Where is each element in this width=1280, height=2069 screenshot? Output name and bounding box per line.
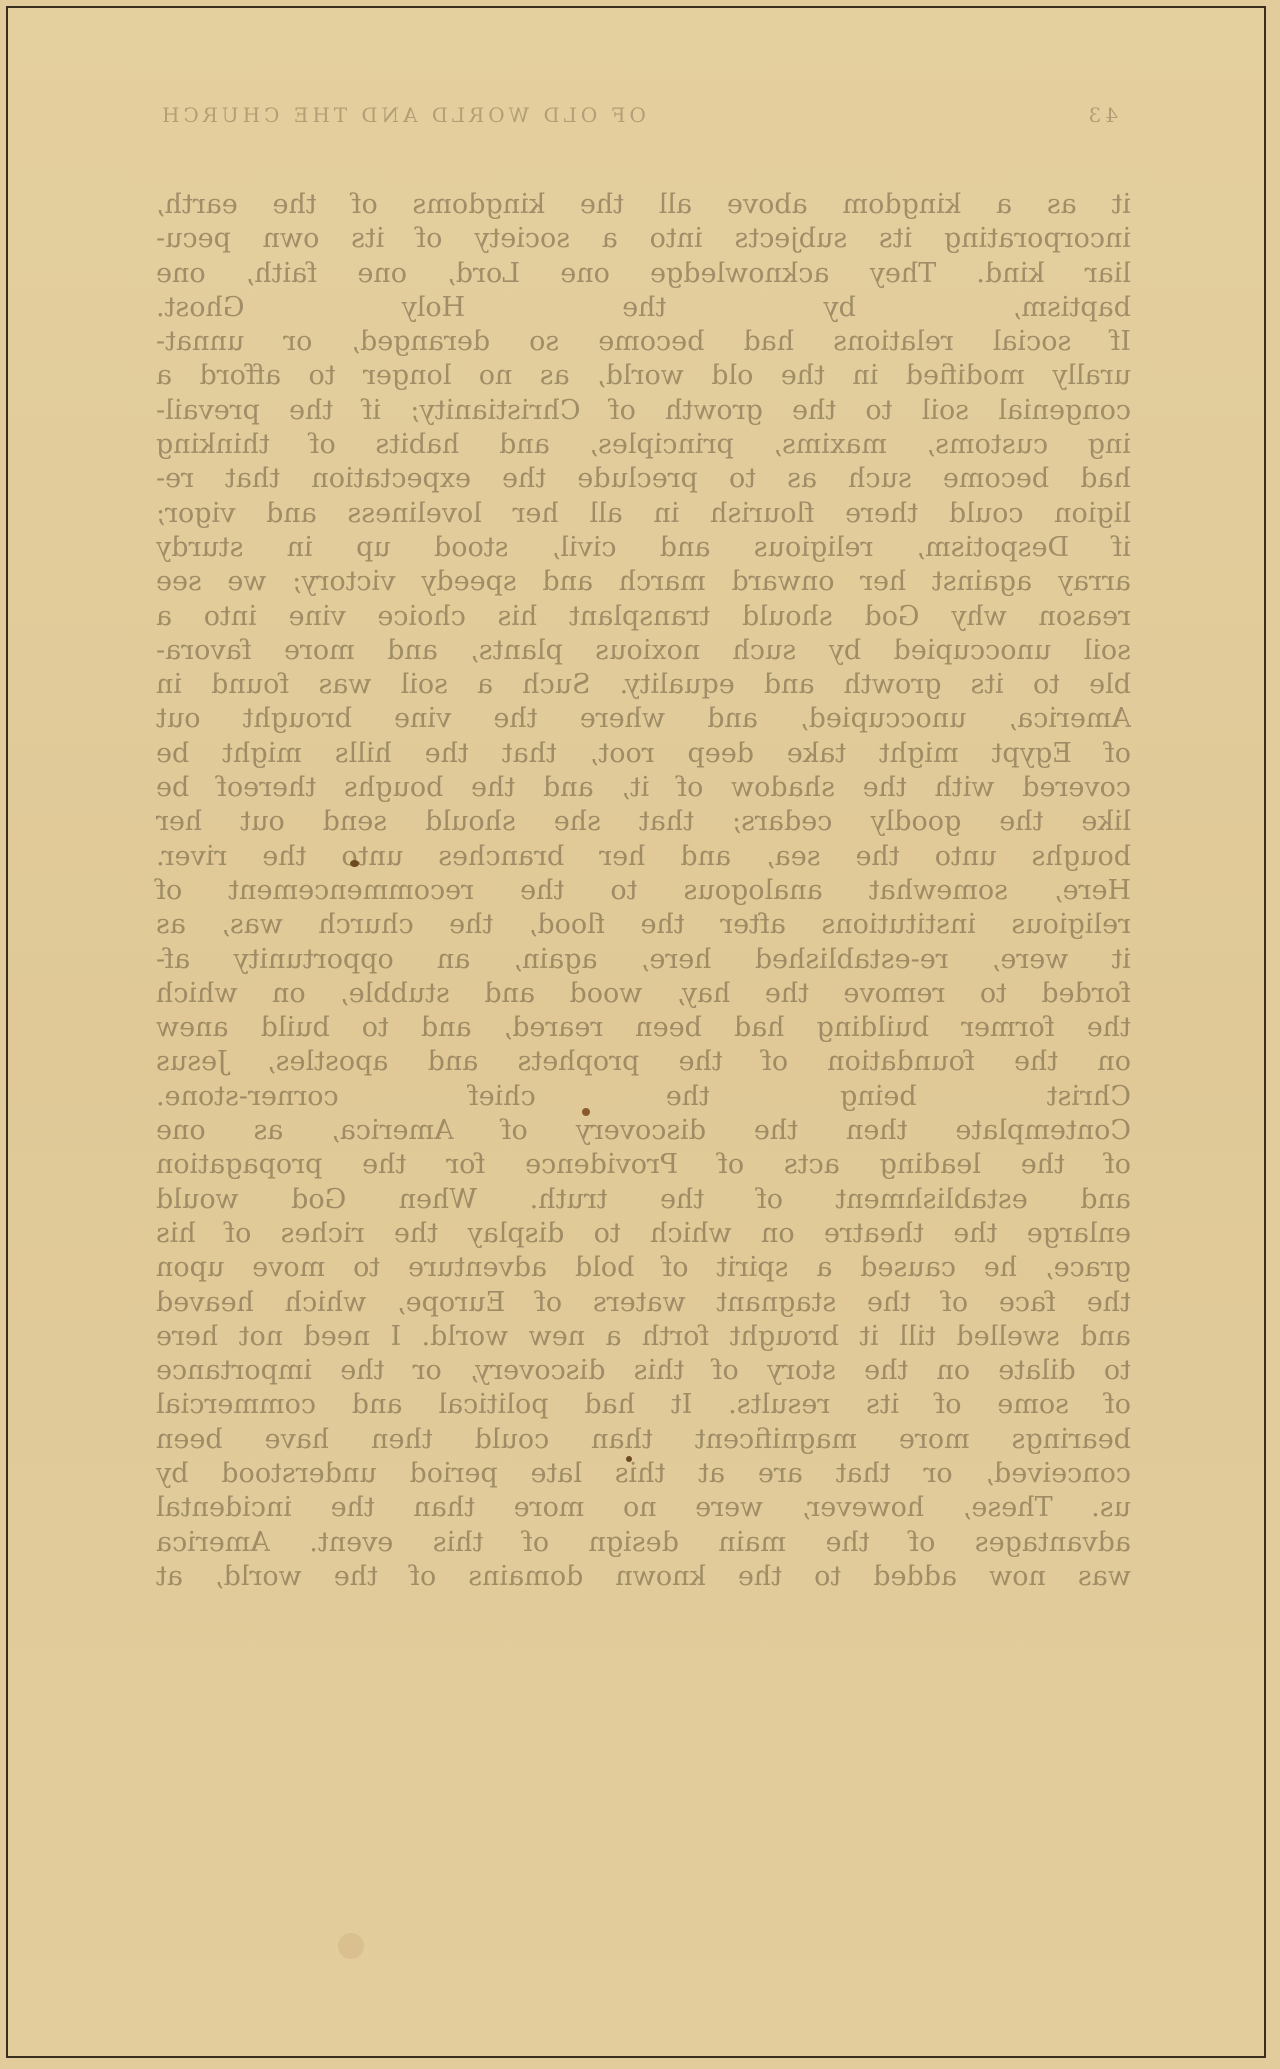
ink-spot [626,1456,632,1462]
text-line: array against her onward march and speed… [156,565,1131,599]
text-line: it as a kingdom above all the kingdoms o… [156,188,1131,222]
page-body-text: it as a kingdom above all the kingdoms o… [156,188,1131,1594]
text-line: ble to its growth and equality. Such a s… [156,668,1131,702]
text-line: urally modified in the old world, as no … [156,359,1131,393]
text-line: Here, somewhat analogous to the recommen… [156,874,1131,908]
ink-spot [338,1933,364,1959]
text-line: liar kind. They acknowledge one Lord, on… [156,257,1131,291]
scanned-page: 43 OF OLD WORLD AND THE CHURCH it as a k… [6,6,1266,2058]
text-line: forded to remove the hay, wood and stubb… [156,977,1131,1011]
text-line: like the goodly cedars; that she should … [156,805,1131,839]
running-header: 43 OF OLD WORLD AND THE CHURCH [158,103,1118,127]
text-line: it were, re-established here, again, an … [156,943,1131,977]
text-line: boughs unto the sea, and her branches un… [156,840,1131,874]
text-line: enlarge the theatre on which to display … [156,1217,1131,1251]
text-line: America, unoccupied, and where the vine … [156,702,1131,736]
text-line: conceived, or that are at this late peri… [156,1457,1131,1491]
ink-spot [582,1108,590,1116]
text-line: was now added to the known domains of th… [156,1560,1131,1594]
text-line: Contemplate then the discovery of Americ… [156,1114,1131,1148]
text-line: Christ being the chief corner-stone. [156,1080,1131,1114]
text-line: and establishment of the truth. When God… [156,1183,1131,1217]
running-head-title: OF OLD WORLD AND THE CHURCH [158,103,646,127]
text-line: bearings more magnificent than could the… [156,1423,1131,1457]
text-line: congenial soil to the growth of Christia… [156,394,1131,428]
text-line: reason why God should transplant his cho… [156,600,1131,634]
ink-spot [350,860,359,867]
text-line: had become such as to preclude the expec… [156,462,1131,496]
text-line: ing customs, maxims, principles, and hab… [156,428,1131,462]
text-line: If social relations had become so derang… [156,325,1131,359]
text-line: the face of the stagnant waters of Europ… [156,1286,1131,1320]
text-line: on the foundation of the prophets and ap… [156,1045,1131,1079]
text-line: of Egypt might take deep root, that the … [156,737,1131,771]
text-line: of some of its results. It had political… [156,1388,1131,1422]
text-line: us. These, however, were no more than th… [156,1491,1131,1525]
text-line: soil unoccupied by such noxious plants, … [156,634,1131,668]
text-line: the former building had been reared, and… [156,1011,1131,1045]
text-line: if Despotism, religious and civil, stood… [156,531,1131,565]
text-line: ligion could there flourish in all her l… [156,497,1131,531]
text-line: religious institutions after the flood, … [156,908,1131,942]
text-line: of the leading acts of Providence for th… [156,1148,1131,1182]
text-line: to dilate on the story of this discovery… [156,1354,1131,1388]
text-line: and swelled till it brought forth a new … [156,1320,1131,1354]
text-line: baptism, by the Holy Ghost. [156,291,1131,325]
text-line: advantages of the main design of this ev… [156,1526,1131,1560]
text-line: grace, he caused a spirit of bold advent… [156,1251,1131,1285]
page-number: 43 [1085,103,1118,127]
text-line: incorporating its subjects into a societ… [156,222,1131,256]
text-line: covered with the shadow of it, and the b… [156,771,1131,805]
